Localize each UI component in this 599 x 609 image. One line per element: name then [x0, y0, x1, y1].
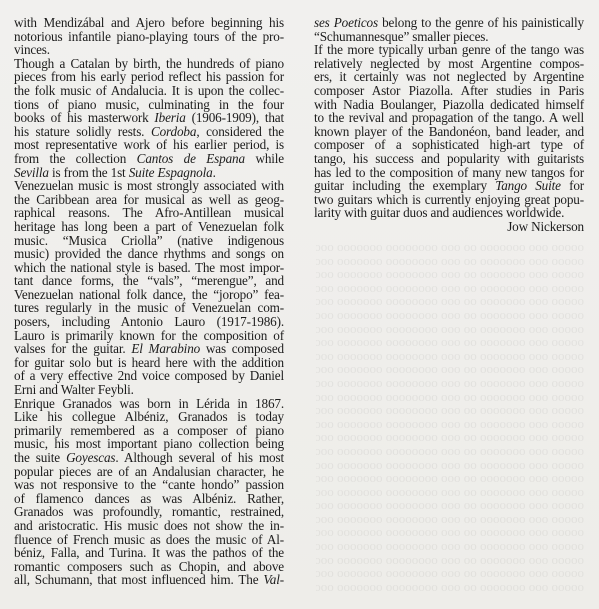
bleed-through-line: ooooo ooo ooooooo oo ooo oooooooo oooooo…: [316, 308, 584, 322]
text-line: composer of a sophisticated high-art typ…: [314, 138, 584, 152]
bleed-through-line: ooooo ooo ooooooo oo ooo oooooooo oooooo…: [316, 471, 584, 485]
bleed-through-line: ooooo ooo ooooooo oo ooo oooooooo oooooo…: [316, 403, 584, 417]
text-line: “Schumannesque” smaller pieces.: [314, 30, 584, 44]
text-line: all, Schumann, that most influenced him.…: [14, 573, 284, 587]
text-run: while: [245, 151, 284, 166]
text-line: relatively neglected by most Argentine c…: [314, 57, 584, 71]
bleed-through-line: ooooo ooo ooooooo oo ooo oooooooo oooooo…: [316, 430, 584, 444]
text-line: tango, his success and popularity with g…: [314, 152, 584, 166]
text-line: pieces from his early period reflect his…: [14, 70, 284, 84]
text-line: to the revival and propagation of the ta…: [314, 111, 584, 125]
bleed-through-line: ooooo ooo ooooooo oo ooo oooooooo oooooo…: [316, 322, 584, 336]
text-line: Lauro is primarily known for the composi…: [14, 329, 284, 343]
text-line: guitar including the exemplary Tango Sui…: [314, 179, 584, 193]
bleed-through-line: ooooo ooo ooooooo oo ooo oooooooo oooooo…: [316, 580, 584, 594]
text-line: fluence of French music as does the musi…: [14, 533, 284, 547]
text-line: from the collection Cantos de Espana whi…: [14, 152, 284, 166]
text-line: the folk music of Andalucia. It is upon …: [14, 84, 284, 98]
bleed-through-line: ooooo ooo ooooooo oo ooo oooooooo oooooo…: [316, 362, 584, 376]
bleed-through-line: ooooo ooo ooooooo oo ooo oooooooo oooooo…: [316, 294, 584, 308]
text-run: notorious infantile piano-playing tours …: [14, 29, 284, 44]
text-line: primarily remembered as a composer of pi…: [14, 424, 284, 438]
bleed-through-line: ooooo ooo ooooooo oo ooo oooooooo oooooo…: [316, 458, 584, 472]
reverse-page-bleed-through: ooooo ooo ooooooo oo ooo oooooooo oooooo…: [316, 240, 584, 600]
text-line: béniz, Falla, and Turina. It was the pat…: [14, 546, 284, 560]
text-line: Though a Catalan by birth, the hundreds …: [14, 57, 284, 71]
text-line: notorious infantile piano-playing tours …: [14, 30, 284, 44]
text-line: Granados was profoundly, romantic, restr…: [14, 505, 284, 519]
text-line: ses Poeticos belong to the genre of his …: [314, 16, 584, 30]
text-line: Venezuelan music is most strongly associ…: [14, 179, 284, 193]
text-line: the Caribbean area for musical as well a…: [14, 193, 284, 207]
bleed-through-line: ooooo ooo ooooooo oo ooo oooooooo oooooo…: [316, 240, 584, 254]
text-line: the suite Goyescas. Although several of …: [14, 451, 284, 465]
text-line: composer Astor Piazolla. After studies i…: [314, 84, 584, 98]
text-run: Jow Nickerson: [507, 219, 584, 234]
text-run: all, Schumann, that most influenced him.…: [14, 572, 263, 587]
text-line: raphical reasons. The Afro-Antillean mus…: [14, 206, 284, 220]
bleed-through-line: ooooo ooo ooooooo oo ooo oooooooo oooooo…: [316, 566, 584, 580]
text-line: music) provided the dance rhythms and so…: [14, 247, 284, 261]
text-line: Erni and Walter Feybli.: [14, 383, 284, 397]
text-line: vinces.: [14, 43, 284, 57]
text-line: Venezuelan national folk dance, the “jor…: [14, 288, 284, 302]
bleed-through-line: ooooo ooo ooooooo oo ooo oooooooo oooooo…: [316, 390, 584, 404]
bleed-through-line: ooooo ooo ooooooo oo ooo oooooooo oooooo…: [316, 267, 584, 281]
author-signature: Jow Nickerson: [314, 220, 584, 234]
text-line: ers, it certainly was not neglected by A…: [314, 70, 584, 84]
text-line: music, his most important piano collecti…: [14, 437, 284, 451]
italic-title: Val-: [263, 572, 284, 587]
left-column-text: with Mendizábal and Ajero before beginni…: [14, 16, 284, 587]
text-line: posers, including Antonio Lauro (1917-19…: [14, 315, 284, 329]
text-line: larity with guitar duos and audiences wo…: [314, 206, 584, 220]
text-line: tures regularly in the music of Venezuel…: [14, 301, 284, 315]
text-line: books of his masterwork Iberia (1906-190…: [14, 111, 284, 125]
text-line: with Mendizábal and Ajero before beginni…: [14, 16, 284, 30]
bleed-through-line: ooooo ooo ooooooo oo ooo oooooooo oooooo…: [316, 525, 584, 539]
text-line: has led to the composition of many new t…: [314, 166, 584, 180]
text-line: Enrique Granados was born in Lérida in 1…: [14, 397, 284, 411]
bleed-through-line: ooooo ooo ooooooo oo ooo oooooooo oooooo…: [316, 485, 584, 499]
bleed-through-line: ooooo ooo ooooooo oo ooo oooooooo oooooo…: [316, 539, 584, 553]
bleed-through-line: ooooo ooo ooooooo oo ooo oooooooo oooooo…: [316, 444, 584, 458]
right-column-text: ses Poeticos belong to the genre of his …: [314, 16, 584, 234]
bleed-through-line: ooooo ooo ooooooo oo ooo oooooooo oooooo…: [316, 553, 584, 567]
text-line: for guitar solo but is heard here with t…: [14, 356, 284, 370]
text-line: popular pieces are of an Andalusian char…: [14, 465, 284, 479]
text-line: If the more typically urban genre of the…: [314, 43, 584, 57]
text-line: romantic composers such as Chopin, and a…: [14, 560, 284, 574]
text-line: known player of the Bandonéon, band lead…: [314, 125, 584, 139]
text-line: Sevilla is from the 1st Suite Espagnola.: [14, 166, 284, 180]
text-line: with Nadia Boulanger, Piazolla dedicated…: [314, 98, 584, 112]
text-line: tant dance forms, the “vals”, “merengue”…: [14, 274, 284, 288]
text-line: most representative work of his earlier …: [14, 138, 284, 152]
bleed-through-line: ooooo ooo ooooooo oo ooo oooooooo oooooo…: [316, 512, 584, 526]
bleed-through-line: ooooo ooo ooooooo oo ooo oooooooo oooooo…: [316, 498, 584, 512]
text-line: and aristocratic. His music does not sho…: [14, 519, 284, 533]
text-line: music. “Musica Criolla” (native indigeno…: [14, 234, 284, 248]
bleed-through-line: ooooo ooo ooooooo oo ooo oooooooo oooooo…: [316, 349, 584, 363]
text-line: valses for the guitar. El Marabino was c…: [14, 342, 284, 356]
bleed-through-line: ooooo ooo ooooooo oo ooo oooooooo oooooo…: [316, 417, 584, 431]
text-line: of flamenco dances as was Albéniz. Rathe…: [14, 492, 284, 506]
text-line: Like his collegue Albéniz, Granados is t…: [14, 410, 284, 424]
text-line: tions of piano music, culminating in the…: [14, 98, 284, 112]
text-line: of a very effective 2nd voice composed b…: [14, 369, 284, 383]
text-line: which the national style is based. The m…: [14, 261, 284, 275]
text-line: his stature solidly rests. Cordoba, cons…: [14, 125, 284, 139]
bleed-through-line: ooooo ooo ooooooo oo ooo oooooooo oooooo…: [316, 254, 584, 268]
bleed-through-line: ooooo ooo ooooooo oo ooo oooooooo oooooo…: [316, 376, 584, 390]
document-page: with Mendizábal and Ajero before beginni…: [0, 0, 599, 609]
bleed-through-line: ooooo ooo ooooooo oo ooo oooooooo oooooo…: [316, 335, 584, 349]
text-line: two guitars which is currently enjoying …: [314, 193, 584, 207]
text-line: heritage has long been a part of Venezue…: [14, 220, 284, 234]
bleed-through-line: ooooo ooo ooooooo oo ooo oooooooo oooooo…: [316, 281, 584, 295]
text-line: was not responsive to the “cante hondo” …: [14, 478, 284, 492]
